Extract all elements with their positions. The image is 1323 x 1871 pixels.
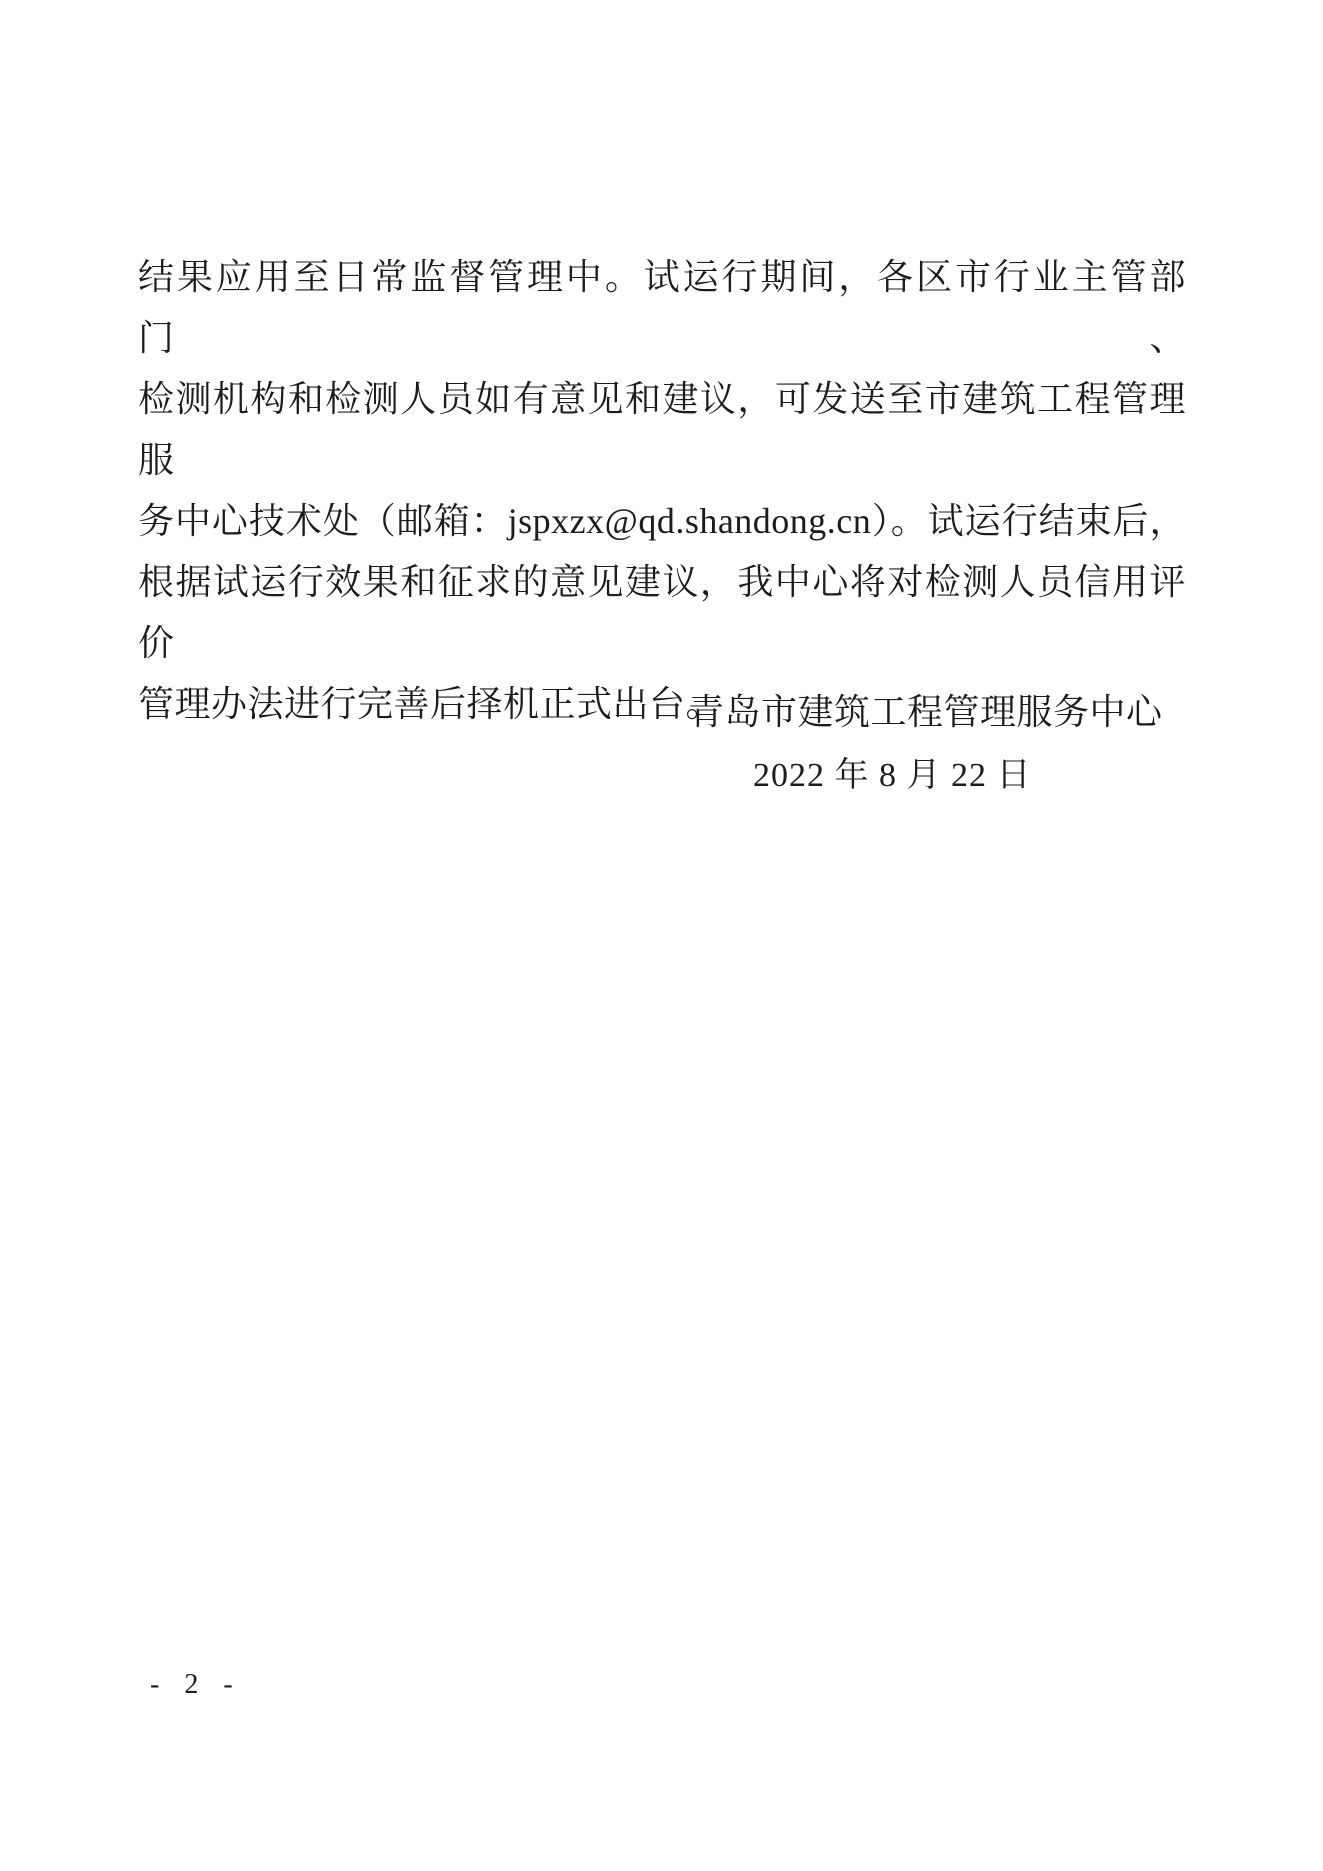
paragraph-line-3: 务中心技术处（邮箱：jspxzx@qd.shandong.cn）。试运行结束后， xyxy=(138,491,1186,552)
page-number: - 2 - xyxy=(150,1669,242,1701)
signature-date: 2022 年 8 月 22 日 xyxy=(753,747,1032,796)
signature-organization: 青岛市建筑工程管理服务中心 xyxy=(688,684,1163,735)
paragraph-line-2: 检测机构和检测人员如有意见和建议，可发送至市建筑工程管理服 xyxy=(138,369,1186,491)
body-paragraph: 结果应用至日常监督管理中。试运行期间，各区市行业主管部门、 检测机构和检测人员如… xyxy=(138,247,1186,735)
paragraph-line-1: 结果应用至日常监督管理中。试运行期间，各区市行业主管部门、 xyxy=(138,247,1186,369)
document-page: 结果应用至日常监督管理中。试运行期间，各区市行业主管部门、 检测机构和检测人员如… xyxy=(0,0,1323,1871)
paragraph-line-4: 根据试运行效果和征求的意见建议，我中心将对检测人员信用评价 xyxy=(138,552,1186,674)
